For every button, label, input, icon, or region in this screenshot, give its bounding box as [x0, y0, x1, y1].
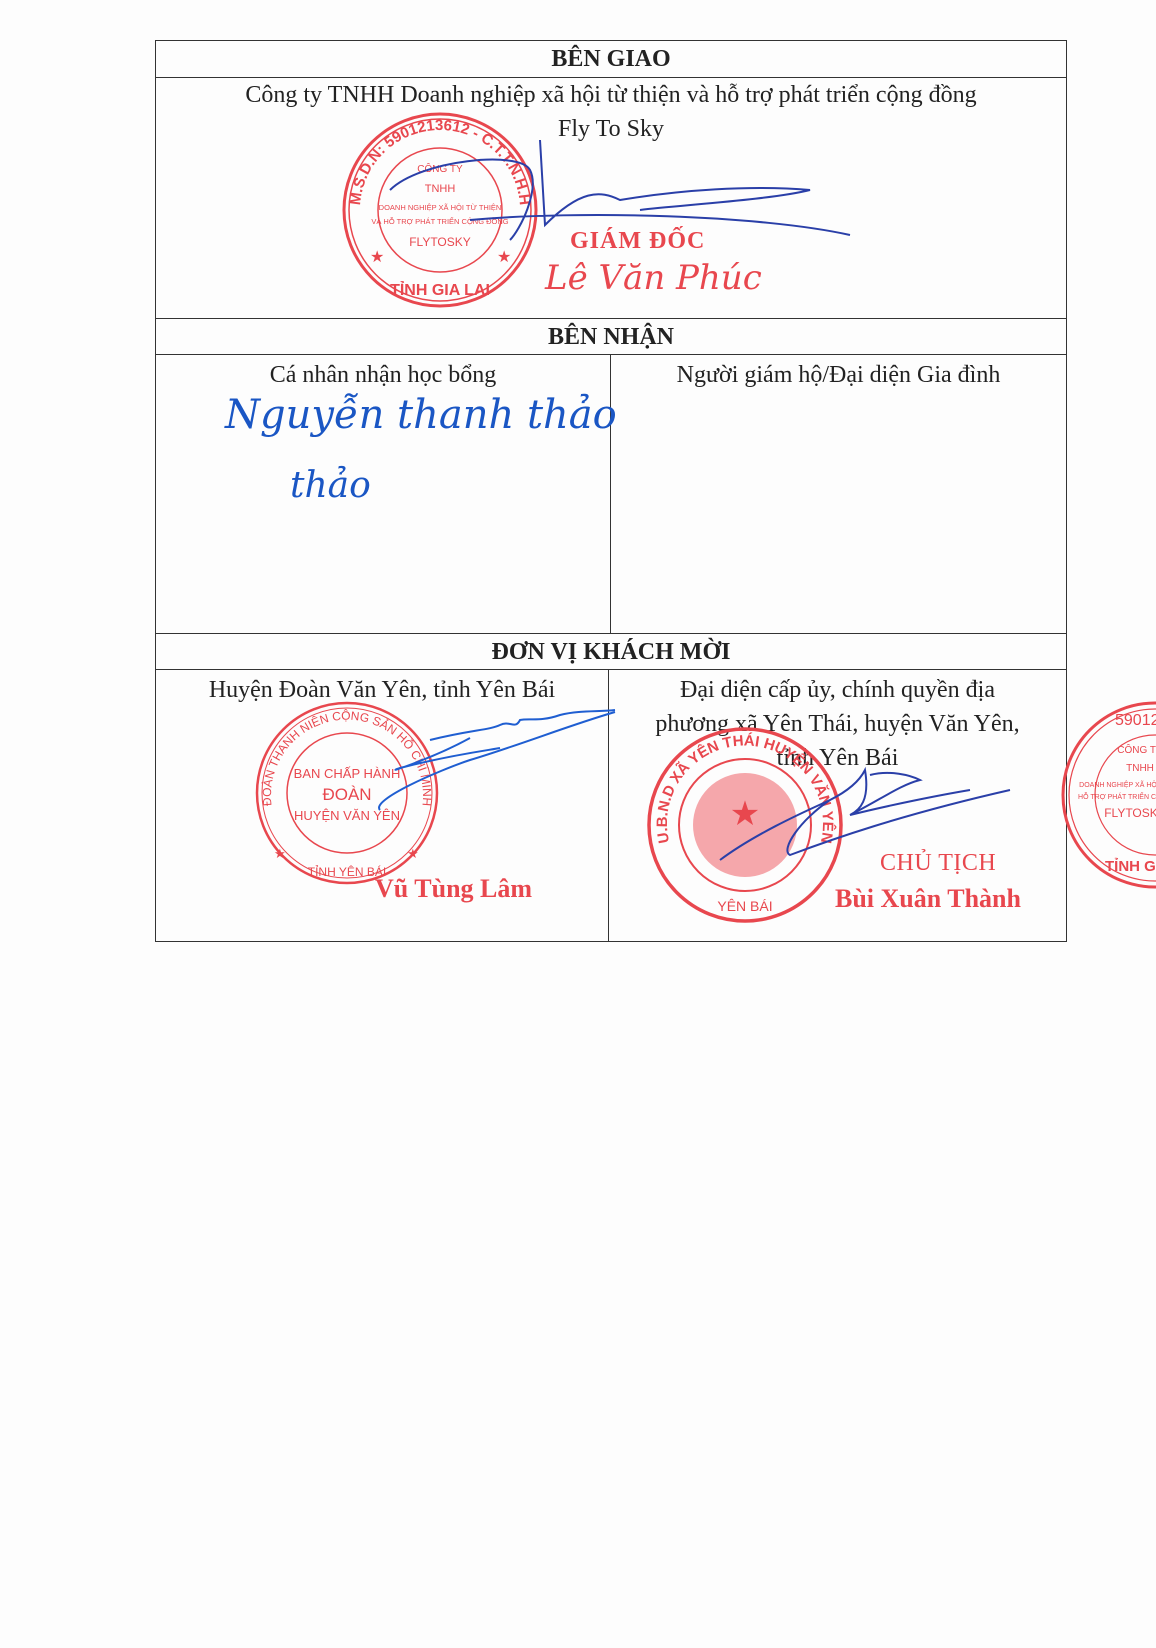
- recipient-column-header: Cá nhân nhận học bổng: [156, 359, 610, 391]
- svg-text:5901213612: 5901213612: [1115, 712, 1156, 729]
- svg-text:TỈNH GIA LAI: TỈNH GIA LAI: [390, 280, 490, 299]
- divider: [156, 77, 1066, 78]
- svg-text:TỈNH GIA LAI: TỈNH GIA LAI: [1105, 858, 1156, 875]
- svg-text:★: ★: [497, 249, 511, 266]
- svg-text:★: ★: [274, 846, 286, 861]
- org-name-line1: Công ty TNHH Doanh nghiệp xã hội từ thiệ…: [156, 79, 1066, 111]
- section-title-ben-giao: BÊN GIAO: [156, 41, 1066, 77]
- svg-text:★: ★: [370, 249, 384, 266]
- youth-union-signer-name: Vũ Tùng Lâm: [375, 874, 532, 904]
- guest-right-header-line1: Đại diện cấp ủy, chính quyền địa: [609, 674, 1066, 706]
- director-title: GIÁM ĐỐC: [570, 228, 705, 255]
- svg-text:CÔNG TY: CÔNG TY: [1117, 743, 1156, 756]
- youth-union-signature-icon: [320, 700, 620, 820]
- section-title-ben-nhan: BÊN NHẬN: [156, 319, 1066, 355]
- svg-text:DOANH NGHIỆP XÃ HỘI TỪ: DOANH NGHIỆP XÃ HỘI TỪ: [1079, 780, 1156, 789]
- director-name: Lê Văn Phúc: [545, 258, 762, 298]
- guardian-column-header: Người giám hộ/Đại diện Gia đình: [611, 359, 1066, 391]
- svg-text:FLYTOSKY: FLYTOSKY: [1104, 806, 1156, 820]
- svg-text:TNHH: TNHH: [1126, 763, 1154, 774]
- svg-text:★: ★: [407, 846, 419, 861]
- section-title-don-vi-khach-moi: ĐƠN VỊ KHÁCH MỜI: [156, 634, 1066, 670]
- margin-company-stamp-icon: 5901213612 CÔNG TY TNHH DOANH NGHIỆP XÃ …: [1055, 695, 1156, 895]
- chairman-title: CHỦ TỊCH: [880, 850, 996, 877]
- svg-text:HỖ TRỢ PHÁT TRIỂN CỘNG: HỖ TRỢ PHÁT TRIỂN CỘNG: [1078, 792, 1156, 801]
- chairman-name: Bùi Xuân Thành: [835, 884, 1021, 914]
- recipient-handwritten-name: Nguyễn thanh thảo: [225, 392, 617, 438]
- svg-text:YÊN BÁI: YÊN BÁI: [717, 898, 772, 914]
- recipient-handwritten-signature: thảo: [290, 465, 371, 506]
